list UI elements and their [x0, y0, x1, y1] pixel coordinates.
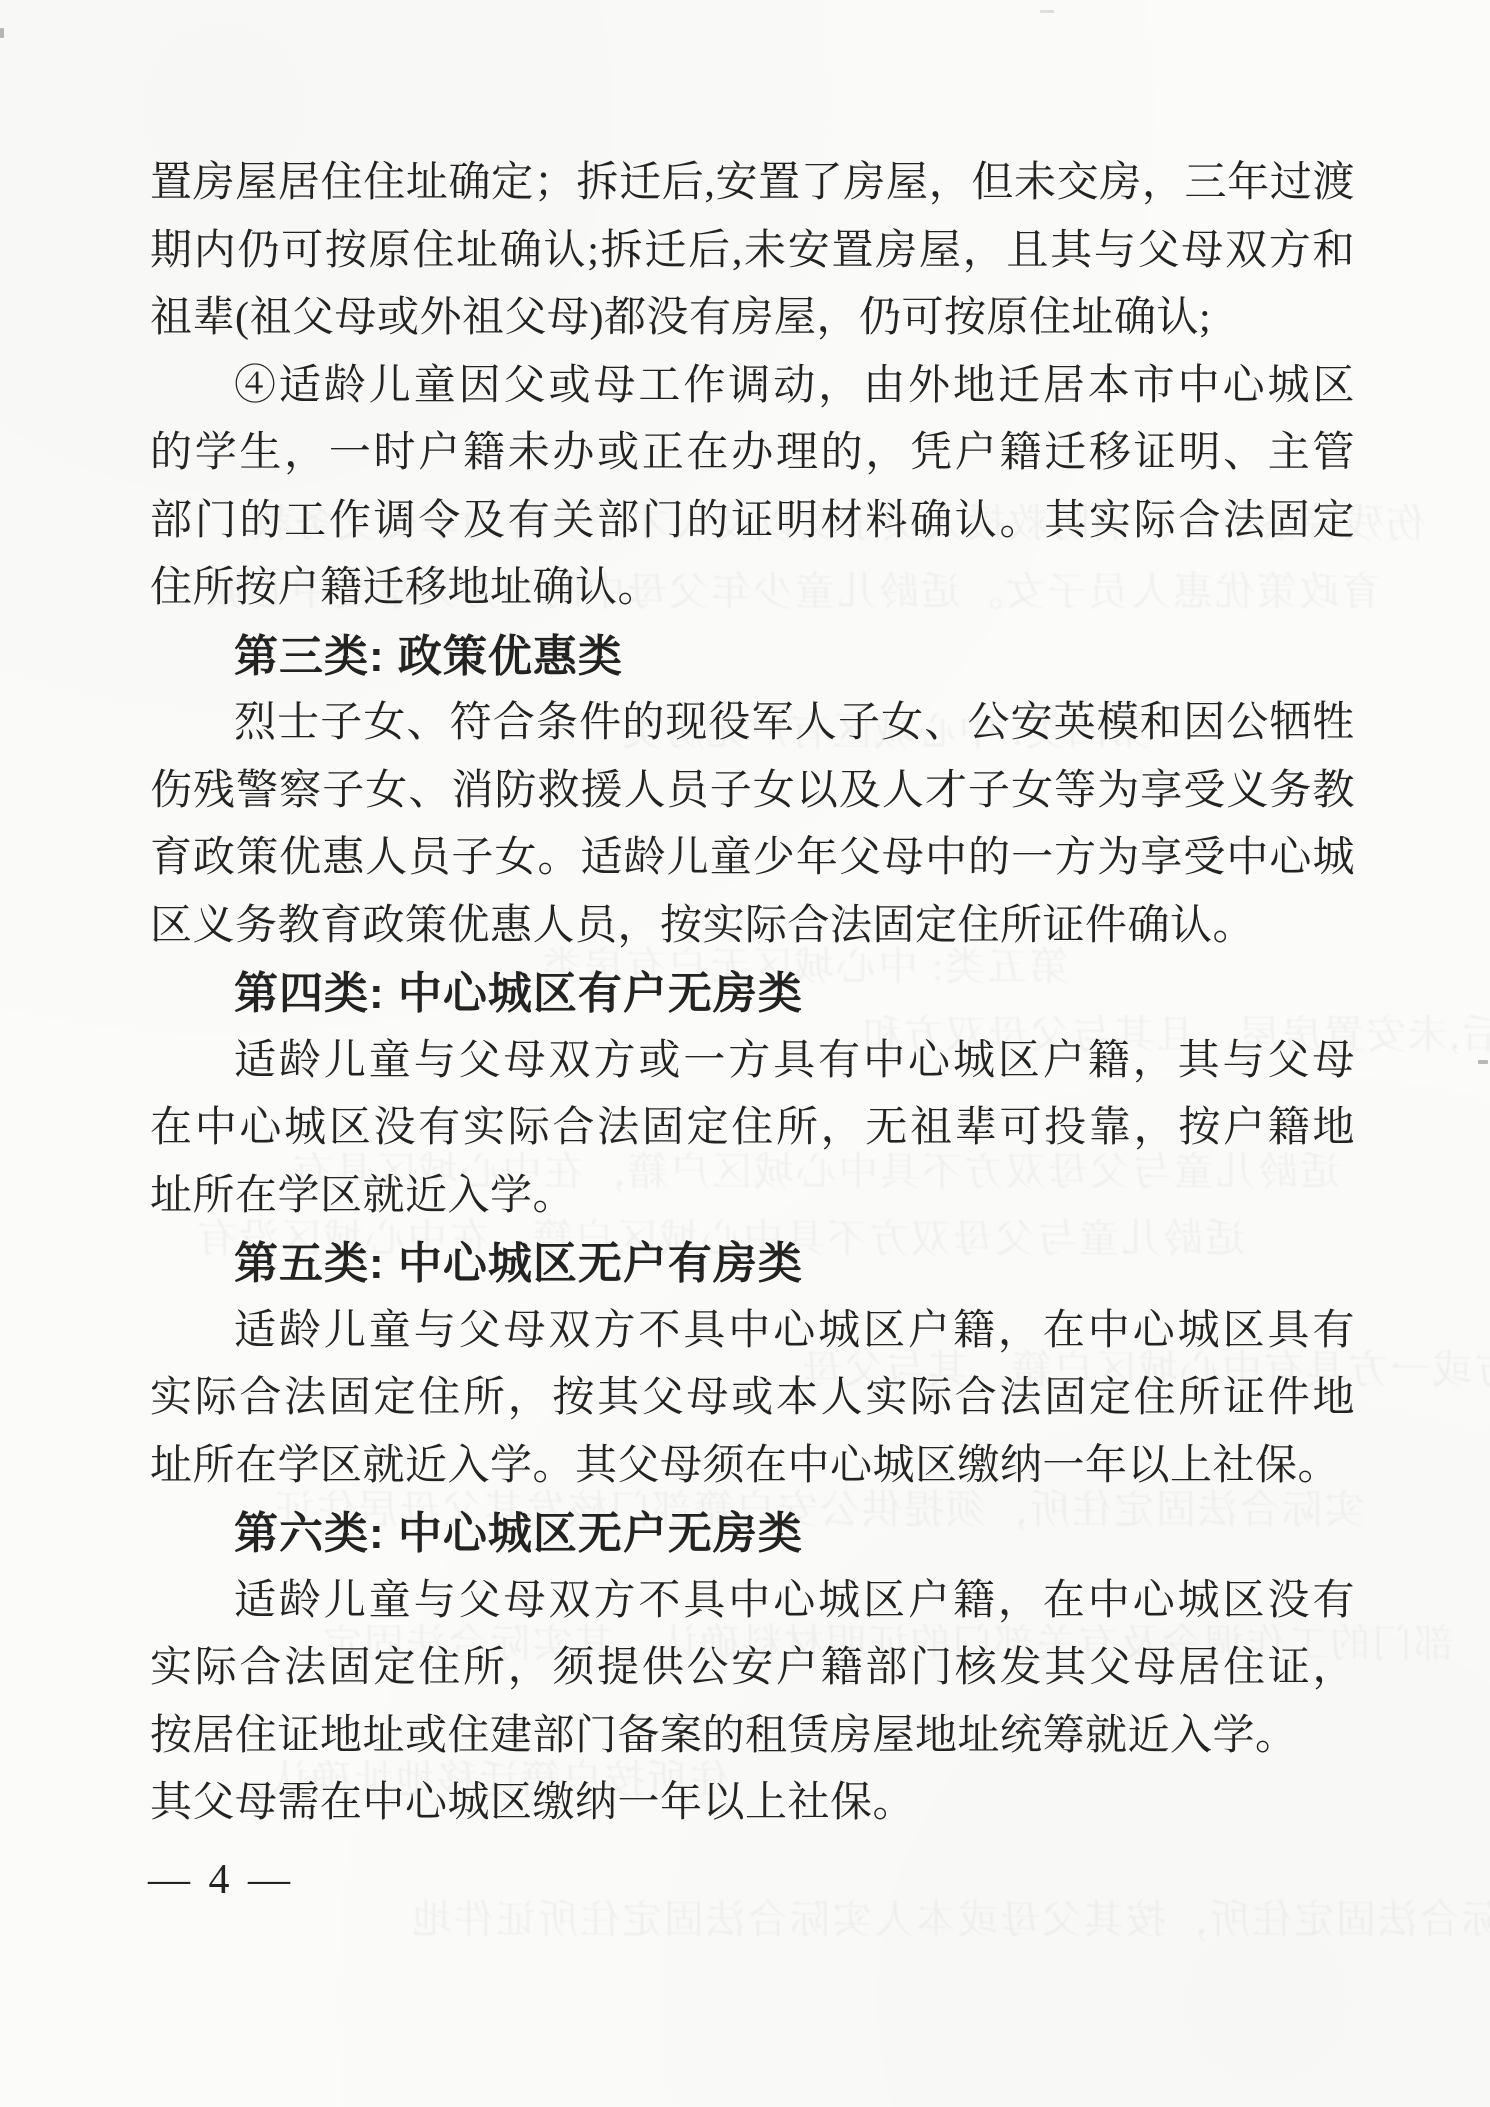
text-line: 按居住证地址或住建部门备案的租赁房屋地址统筹就近入学。 [150, 1703, 1355, 1771]
bleed-through-line: 实际合法固定住所，按其父母或本人实际合法固定住所证件地 [410, 1888, 1490, 1945]
scan-speck [1478, 1060, 1488, 1064]
text-line: 部门的工作调令及有关部门的证明材料确认。其实际合法固定 [150, 488, 1355, 556]
scan-speck [0, 28, 4, 38]
text-line: 适龄儿童与父母双方不具中心城区户籍，在中心城区具有 [150, 1298, 1355, 1366]
text-line: 适龄儿童与父母双方或一方具有中心城区户籍，其与父母 [150, 1028, 1355, 1096]
text-line: 其父母需在中心城区缴纳一年以上社保。 [150, 1770, 1355, 1838]
text-line: 祖辈(祖父母或外祖父母)都没有房屋，仍可按原住址确认; [150, 285, 1355, 353]
page-number: — 4 — [148, 1856, 294, 1904]
text-line: 址所在学区就近入学。 [150, 1163, 1355, 1231]
heading-line: 第五类: 中心城区无户有房类 [150, 1230, 1355, 1298]
text-line: 在中心城区没有实际合法固定住所，无祖辈可投靠，按户籍地 [150, 1095, 1355, 1163]
document-page: 伤残警察子女、消防救援人员子女以及人才子女等为享受义务教育政策优惠人员子女。适龄… [0, 0, 1490, 2107]
text-line: 期内仍可按原住址确认;拆迁后,未安置房屋，且其与父母双方和 [150, 218, 1355, 286]
text-line: 区义务教育政策优惠人员，按实际合法固定住所证件确认。 [150, 893, 1355, 961]
text-line: 的学生，一时户籍未办或正在办理的，凭户籍迁移证明、主管 [150, 420, 1355, 488]
scan-speck [1040, 10, 1054, 13]
heading-line: 第三类: 政策优惠类 [150, 623, 1355, 691]
heading-line: 第四类: 中心城区有户无房类 [150, 960, 1355, 1028]
text-line: 住所按户籍迁移地址确认。 [150, 555, 1355, 623]
text-block: 置房屋居住住址确定；拆迁后,安置了房屋，但未交房，三年过渡期内仍可按原住址确认;… [150, 150, 1355, 1838]
text-line: 烈士子女、符合条件的现役军人子女、公安英模和因公牺牲 [150, 690, 1355, 758]
text-line: 实际合法固定住所，须提供公安户籍部门核发其父母居住证， [150, 1635, 1355, 1703]
text-line: 实际合法固定住所，按其父母或本人实际合法固定住所证件地 [150, 1365, 1355, 1433]
heading-line: 第六类: 中心城区无户无房类 [150, 1500, 1355, 1568]
text-line: 适龄儿童与父母双方不具中心城区户籍，在中心城区没有 [150, 1568, 1355, 1636]
text-line: 置房屋居住住址确定；拆迁后,安置了房屋，但未交房，三年过渡 [150, 150, 1355, 218]
text-line: ④适龄儿童因父或母工作调动，由外地迁居本市中心城区 [150, 353, 1355, 421]
text-line: 址所在学区就近入学。其父母须在中心城区缴纳一年以上社保。 [150, 1433, 1355, 1501]
text-line: 育政策优惠人员子女。适龄儿童少年父母中的一方为享受中心城 [150, 825, 1355, 893]
text-line: 伤残警察子女、消防救援人员子女以及人才子女等为享受义务教 [150, 758, 1355, 826]
